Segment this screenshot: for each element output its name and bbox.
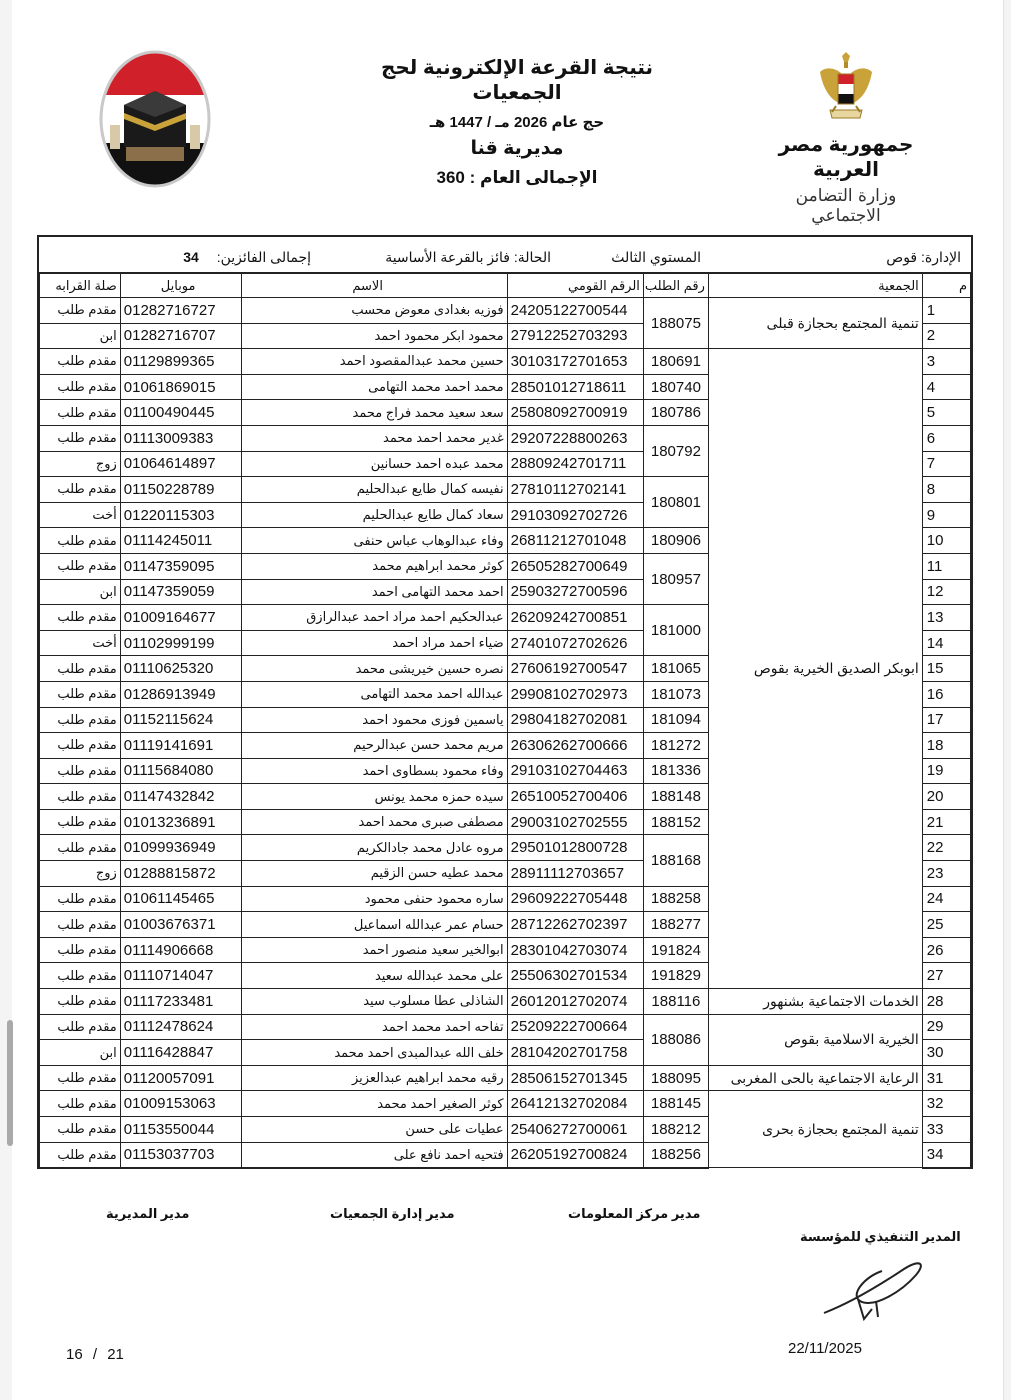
cell-relation: مقدم طلب (40, 681, 121, 707)
table-row: 1تنمية المجتمع بحجازة قبلى18807524205122… (40, 298, 971, 324)
winners-value: 34 (183, 249, 199, 265)
cell-national-id: 26012012702074 (507, 989, 643, 1015)
cell-request-no: 188152 (643, 809, 708, 835)
cell-national-id: 28506152701345 (507, 1065, 643, 1091)
cell-serial: 29 (922, 1014, 970, 1040)
grand-total-value: 360 (437, 168, 465, 187)
cell-mobile: 01153550044 (120, 1117, 242, 1143)
sig-assoc-admin: مدير إدارة الجمعيات (330, 1206, 455, 1222)
cell-mobile: 01110714047 (120, 963, 242, 989)
cell-name: الشاذلى عطا مسلوب سيد (242, 989, 507, 1015)
cell-request-no: 188086 (643, 1014, 708, 1065)
cell-relation: مقدم طلب (40, 1117, 121, 1143)
cell-mobile: 01117233481 (120, 989, 242, 1015)
cell-national-id: 29501012800728 (507, 835, 643, 861)
cell-mobile: 01282716707 (120, 323, 242, 349)
col-header-request-no: رقم الطلب (643, 274, 708, 298)
cell-request-no: 191824 (643, 937, 708, 963)
cell-relation: مقدم طلب (40, 809, 121, 835)
cell-relation: زوج (40, 451, 121, 477)
cell-serial: 7 (922, 451, 970, 477)
cell-association: ابوبكر الصديق الخيرية بقوص (708, 349, 922, 989)
republic-name: جمهورية مصر العربية (761, 132, 931, 182)
cell-relation: مقدم طلب (40, 528, 121, 554)
cell-request-no: 188258 (643, 886, 708, 912)
cell-name: احمد محمد التهامى احمد (242, 579, 507, 605)
cell-name: وفاء محمود بسطاوى احمد (242, 758, 507, 784)
cell-serial: 34 (922, 1142, 970, 1168)
cell-national-id: 29609222705448 (507, 886, 643, 912)
sig-info-center: مدير مركز المعلومات (568, 1206, 700, 1222)
cell-relation: مقدم طلب (40, 349, 121, 375)
admin-label: الإدارة: (921, 249, 961, 265)
cell-relation: مقدم طلب (40, 553, 121, 579)
cell-association: الخيرية الاسلامية بقوص (708, 1014, 922, 1065)
cell-mobile: 01286913949 (120, 681, 242, 707)
cell-relation: مقدم طلب (40, 886, 121, 912)
cell-request-no: 181000 (643, 605, 708, 656)
cell-request-no: 191829 (643, 963, 708, 989)
document-title: نتيجة القرعة الإلكترونية لحج الجمعيات (342, 55, 692, 105)
cell-national-id: 27912252703293 (507, 323, 643, 349)
page-total: 21 (107, 1346, 124, 1363)
cell-mobile: 01003676371 (120, 912, 242, 938)
cell-name: خلف الله عبدالمبدى احمد محمد (242, 1040, 507, 1066)
cell-name: رقيه محمد ابراهيم عبدالعزيز (242, 1065, 507, 1091)
cell-serial: 27 (922, 963, 970, 989)
cell-request-no: 180740 (643, 374, 708, 400)
cell-name: سيده حمزه محمد يونس (242, 784, 507, 810)
cell-relation: مقدم طلب (40, 1065, 121, 1091)
cell-serial: 23 (922, 861, 970, 887)
cell-mobile: 01282716727 (120, 298, 242, 324)
cell-name: حسين محمد عبدالمقصود احمد (242, 349, 507, 375)
cell-national-id: 29003102702555 (507, 809, 643, 835)
cell-mobile: 01150228789 (120, 477, 242, 503)
cell-association: تنمية المجتمع بحجازة بحرى (708, 1091, 922, 1168)
cell-relation: مقدم طلب (40, 707, 121, 733)
cell-name: كوثر محمد ابراهيم محمد (242, 553, 507, 579)
cell-name: مصطفى صبرى محمد احمد (242, 809, 507, 835)
cell-relation: مقدم طلب (40, 758, 121, 784)
cell-serial: 13 (922, 605, 970, 631)
col-header-name: الاسم (242, 274, 507, 298)
cell-national-id: 28104202701758 (507, 1040, 643, 1066)
cell-mobile: 01288815872 (120, 861, 242, 887)
directorate-name: مديرية قنا (342, 137, 692, 160)
cell-relation: زوج (40, 861, 121, 887)
table-row: 31الرعاية الاجتماعية بالحى المغربى188095… (40, 1065, 971, 1091)
page-indicator: 16 / 21 (66, 1346, 124, 1363)
winners-label: إجمالى الفائزين: (217, 249, 311, 265)
cell-national-id: 29207228800263 (507, 425, 643, 451)
cell-serial: 5 (922, 400, 970, 426)
status-value: فائز بالقرعة الأساسية (385, 249, 510, 265)
cell-name: مروه عادل محمد جادالكريم (242, 835, 507, 861)
cell-serial: 28 (922, 989, 970, 1015)
cell-national-id: 28501012718611 (507, 374, 643, 400)
cell-national-id: 28911112703657 (507, 861, 643, 887)
cell-relation: ابن (40, 1040, 121, 1066)
table-header-row: م الجمعية رقم الطلب الرقم القومي الاسم م… (40, 274, 971, 298)
cell-relation: أخت (40, 502, 121, 528)
admin-field: الإدارة: قوص (886, 249, 961, 266)
cell-national-id: 26205192700824 (507, 1142, 643, 1168)
cell-mobile: 01099936949 (120, 835, 242, 861)
cell-national-id: 29804182702081 (507, 707, 643, 733)
table-row: 28الخدمات الاجتماعية بشنهور1881162601201… (40, 989, 971, 1015)
cell-name: عبدالحكيم احمد مراد احمد عبدالرازق (242, 605, 507, 631)
cell-national-id: 26505282700649 (507, 553, 643, 579)
cell-name: سعد سعيد محمد فراج محمد (242, 400, 507, 426)
cell-relation: مقدم طلب (40, 425, 121, 451)
cell-name: عبدالله احمد محمد التهامى (242, 681, 507, 707)
cell-serial: 3 (922, 349, 970, 375)
grand-total: الإجمالى العام : 360 (342, 168, 692, 188)
cell-national-id: 24205122700544 (507, 298, 643, 324)
cell-mobile: 01110625320 (120, 656, 242, 682)
cell-name: على محمد عبدالله سعيد (242, 963, 507, 989)
cell-national-id: 26412132702084 (507, 1091, 643, 1117)
cell-serial: 8 (922, 477, 970, 503)
cell-request-no: 188256 (643, 1142, 708, 1168)
cell-national-id: 25808092700919 (507, 400, 643, 426)
cell-national-id: 26306262700666 (507, 733, 643, 759)
cell-relation: مقدم طلب (40, 298, 121, 324)
winners-field: إجمالى الفائزين: 34 (183, 249, 311, 266)
cell-national-id: 29103092702726 (507, 502, 643, 528)
document-page: جمهورية مصر العربية وزارة التضامن الاجتم… (12, 0, 1004, 1400)
cell-relation: ابن (40, 579, 121, 605)
cell-name: فوزيه بغدادى معوض محسب (242, 298, 507, 324)
cell-request-no: 188168 (643, 835, 708, 886)
cell-mobile: 01129899365 (120, 349, 242, 375)
cell-request-no: 188212 (643, 1117, 708, 1143)
cell-serial: 14 (922, 630, 970, 656)
cell-request-no: 180691 (643, 349, 708, 375)
cell-request-no: 180786 (643, 400, 708, 426)
cell-name: غدير محمد احمد محمد (242, 425, 507, 451)
cell-mobile: 01013236891 (120, 809, 242, 835)
cell-mobile: 01113009383 (120, 425, 242, 451)
cell-name: مريم محمد حسن عبدالرحيم (242, 733, 507, 759)
cell-request-no: 181336 (643, 758, 708, 784)
cell-relation: مقدم طلب (40, 989, 121, 1015)
cell-national-id: 25506302701534 (507, 963, 643, 989)
cell-national-id: 25406272700061 (507, 1117, 643, 1143)
table-row: 32تنمية المجتمع بحجازة بحرى1881452641213… (40, 1091, 971, 1117)
cell-relation: مقدم طلب (40, 912, 121, 938)
cell-name: ياسمين فوزى محمود احمد (242, 707, 507, 733)
cell-serial: 12 (922, 579, 970, 605)
cell-mobile: 01147359095 (120, 553, 242, 579)
cell-name: ساره محمود حنفى محمود (242, 886, 507, 912)
page-separator: / (93, 1346, 97, 1363)
cell-mobile: 01009153063 (120, 1091, 242, 1117)
cell-national-id: 27810112702141 (507, 477, 643, 503)
cell-request-no: 188075 (643, 298, 708, 349)
cell-name: عطيات على حسن (242, 1117, 507, 1143)
cell-relation: مقدم طلب (40, 1014, 121, 1040)
table-row: 29الخيرية الاسلامية بقوص1880862520922270… (40, 1014, 971, 1040)
cell-association: الرعاية الاجتماعية بالحى المغربى (708, 1065, 922, 1091)
document-date: 22/11/2025 (788, 1340, 862, 1357)
cell-serial: 4 (922, 374, 970, 400)
status-label: الحالة: (514, 249, 551, 265)
cell-serial: 18 (922, 733, 970, 759)
cell-relation: ابن (40, 323, 121, 349)
cell-serial: 6 (922, 425, 970, 451)
cell-association: تنمية المجتمع بحجازة قبلى (708, 298, 922, 349)
cell-relation: مقدم طلب (40, 374, 121, 400)
cell-relation: مقدم طلب (40, 733, 121, 759)
cell-name: تفاحه احمد محمد احمد (242, 1014, 507, 1040)
cell-association: الخدمات الاجتماعية بشنهور (708, 989, 922, 1015)
cell-request-no: 181094 (643, 707, 708, 733)
cell-mobile: 01112478624 (120, 1014, 242, 1040)
cell-mobile: 01061869015 (120, 374, 242, 400)
cell-request-no: 181065 (643, 656, 708, 682)
cell-national-id: 28301042703074 (507, 937, 643, 963)
cell-relation: مقدم طلب (40, 937, 121, 963)
cell-national-id: 29103102704463 (507, 758, 643, 784)
sheet-meta: الإدارة: قوص المستوي الثالث الحالة: فائز… (39, 237, 971, 273)
cell-mobile: 01009164677 (120, 605, 242, 631)
col-header-national-id: الرقم القومي (507, 274, 643, 298)
cell-serial: 9 (922, 502, 970, 528)
handwritten-signature (820, 1255, 930, 1325)
cell-serial: 20 (922, 784, 970, 810)
cell-name: حسام عمر عبدالله اسماعيل (242, 912, 507, 938)
hajj-foundation-logo (96, 47, 214, 191)
cell-serial: 22 (922, 835, 970, 861)
cell-name: محمود ابكر محمود احمد (242, 323, 507, 349)
cell-serial: 1 (922, 298, 970, 324)
cell-mobile: 01114245011 (120, 528, 242, 554)
table-body: 1تنمية المجتمع بحجازة قبلى18807524205122… (40, 298, 971, 1168)
cell-national-id: 25903272700596 (507, 579, 643, 605)
cell-national-id: 27401072702626 (507, 630, 643, 656)
table-row: 3ابوبكر الصديق الخيرية بقوص1806913010317… (40, 349, 971, 375)
cell-serial: 2 (922, 323, 970, 349)
page-current: 16 (66, 1346, 83, 1363)
cell-serial: 17 (922, 707, 970, 733)
cell-name: محمد عبده احمد حسانين (242, 451, 507, 477)
cell-mobile: 01152115624 (120, 707, 242, 733)
cell-name: فتحيه احمد نافع على (242, 1142, 507, 1168)
cell-serial: 24 (922, 886, 970, 912)
ministry-name: وزارة التضامن الاجتماعي (761, 186, 931, 226)
cell-relation: مقدم طلب (40, 835, 121, 861)
ministry-logo: جمهورية مصر العربية وزارة التضامن الاجتم… (761, 48, 931, 226)
cell-mobile: 01119141691 (120, 733, 242, 759)
cell-serial: 10 (922, 528, 970, 554)
results-sheet: الإدارة: قوص المستوي الثالث الحالة: فائز… (37, 235, 973, 1169)
cell-mobile: 01114906668 (120, 937, 242, 963)
cell-serial: 26 (922, 937, 970, 963)
cell-name: نصره حسين خيريشى محمد (242, 656, 507, 682)
sig-executive: المدير التنفيذي للمؤسسة (800, 1229, 961, 1245)
winners-table: م الجمعية رقم الطلب الرقم القومي الاسم م… (39, 273, 971, 1169)
cell-mobile: 01120057091 (120, 1065, 242, 1091)
cell-serial: 11 (922, 553, 970, 579)
cell-serial: 32 (922, 1091, 970, 1117)
cell-name: ابوالخير سعيد منصور احمد (242, 937, 507, 963)
col-header-serial: م (922, 274, 970, 298)
cell-request-no: 188148 (643, 784, 708, 810)
cell-mobile: 01220115303 (120, 502, 242, 528)
col-header-association: الجمعية (708, 274, 922, 298)
grand-total-label: الإجمالى العام : (470, 168, 598, 187)
cell-serial: 33 (922, 1117, 970, 1143)
cell-national-id: 27606192700547 (507, 656, 643, 682)
cell-request-no: 180792 (643, 425, 708, 476)
level-label: المستوي الثالث (611, 249, 701, 266)
cell-request-no: 188277 (643, 912, 708, 938)
cell-relation: مقدم طلب (40, 784, 121, 810)
status-field: الحالة: فائز بالقرعة الأساسية (385, 249, 551, 266)
cell-national-id: 26811212701048 (507, 528, 643, 554)
cell-relation: مقدم طلب (40, 1091, 121, 1117)
cell-mobile: 01115684080 (120, 758, 242, 784)
col-header-relation: صلة القرابه (40, 274, 121, 298)
cell-relation: مقدم طلب (40, 1142, 121, 1168)
cell-name: كوثر الصغير احمد محمد (242, 1091, 507, 1117)
cell-relation: مقدم طلب (40, 656, 121, 682)
cell-request-no: 188145 (643, 1091, 708, 1117)
cell-request-no: 188116 (643, 989, 708, 1015)
cell-mobile: 01061145465 (120, 886, 242, 912)
cell-serial: 19 (922, 758, 970, 784)
cell-name: ضياء احمد مراد احمد (242, 630, 507, 656)
egypt-eagle-icon (816, 48, 876, 128)
cell-national-id: 29908102702973 (507, 681, 643, 707)
cell-mobile: 01116428847 (120, 1040, 242, 1066)
cell-mobile: 01100490445 (120, 400, 242, 426)
vertical-scrollbar[interactable] (7, 1020, 13, 1146)
cell-relation: أخت (40, 630, 121, 656)
cell-mobile: 01147359059 (120, 579, 242, 605)
cell-relation: مقدم طلب (40, 605, 121, 631)
cell-name: وفاء عبدالوهاب عباس حنفى (242, 528, 507, 554)
cell-mobile: 01064614897 (120, 451, 242, 477)
cell-name: سعاد كمال طايع عبدالحليم (242, 502, 507, 528)
cell-national-id: 30103172701653 (507, 349, 643, 375)
cell-mobile: 01102999199 (120, 630, 242, 656)
cell-serial: 16 (922, 681, 970, 707)
cell-name: نفيسه كمال طايع عبدالحليم (242, 477, 507, 503)
cell-serial: 30 (922, 1040, 970, 1066)
cell-request-no: 181073 (643, 681, 708, 707)
cell-serial: 31 (922, 1065, 970, 1091)
cell-national-id: 26209242700851 (507, 605, 643, 631)
cell-mobile: 01147432842 (120, 784, 242, 810)
cell-request-no: 181272 (643, 733, 708, 759)
cell-relation: مقدم طلب (40, 963, 121, 989)
cell-request-no: 188095 (643, 1065, 708, 1091)
cell-name: محمد عطيه حسن الزقيم (242, 861, 507, 887)
hajj-year: حج عام 2026 مـ / 1447 هـ (342, 113, 692, 131)
cell-relation: مقدم طلب (40, 400, 121, 426)
cell-request-no: 180957 (643, 553, 708, 604)
col-header-mobile: موبايل (120, 274, 242, 298)
cell-request-no: 180801 (643, 477, 708, 528)
cell-relation: مقدم طلب (40, 477, 121, 503)
cell-request-no: 180906 (643, 528, 708, 554)
cell-national-id: 26510052700406 (507, 784, 643, 810)
sig-directorate: مدير المديرية (106, 1206, 189, 1222)
cell-name: محمد احمد محمد التهامى (242, 374, 507, 400)
document-header: نتيجة القرعة الإلكترونية لحج الجمعيات حج… (342, 55, 692, 188)
admin-value: قوص (886, 249, 917, 265)
cell-serial: 25 (922, 912, 970, 938)
cell-national-id: 28712262702397 (507, 912, 643, 938)
cell-national-id: 28809242701711 (507, 451, 643, 477)
cell-serial: 21 (922, 809, 970, 835)
cell-serial: 15 (922, 656, 970, 682)
cell-mobile: 01153037703 (120, 1142, 242, 1168)
cell-national-id: 25209222700664 (507, 1014, 643, 1040)
